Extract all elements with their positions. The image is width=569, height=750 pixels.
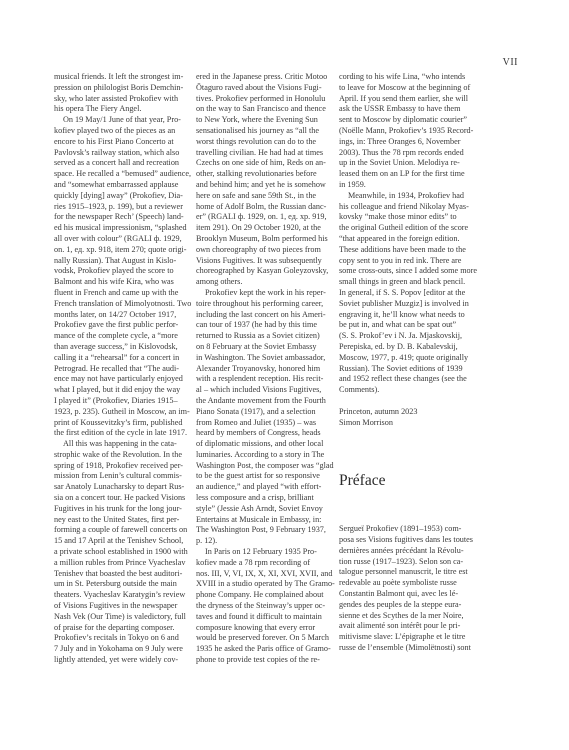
text-line: luminaries. According to a story in The [196,450,336,461]
text-line: of praise for the departing composer. [54,623,194,634]
text-line: phone Company. He complained about [196,590,336,601]
text-line: including the last concert on his Ameri- [196,310,336,321]
text-line: ings, in: Three Oranges 6, November [339,137,481,148]
text-line: musical friends. It left the strongest i… [54,72,194,83]
text-line: a million rubles from Prince Vyacheslav [54,558,194,569]
text-column-left: musical friends. It left the strongest i… [54,72,194,666]
text-line: theaters. Vyacheslav Karatygin’s review [54,590,194,601]
text-line: than average success,” in Kislovodsk, [54,342,194,353]
text-line: copy sent to you in red ink. There are [339,256,481,267]
text-line: space. He recalled a “bemused” audience, [54,169,194,180]
text-line: encore to his First Piano Concerto at [54,137,194,148]
text-line: taves and found it difficult to maintain [196,612,336,623]
text-line: vodsk, Prokofiev played the score to [54,266,194,277]
spacer [339,396,481,407]
text-line: gendes des peuples de la steppe eura- [339,600,481,611]
text-line: strophic wake of the Revolution. In the [54,450,194,461]
text-line: Prokofiev’s recitals in Tokyo on 6 and [54,633,194,644]
text-line: 1935 he asked the Paris office of Gramo- [196,644,336,655]
text-line: p. 12). [196,536,336,547]
text-line: of Visions Fugitives in the newspaper [54,601,194,612]
text-line: forming a couple of farewell concerts on [54,525,194,536]
text-line: print of Koussevitzky’s firm, published [54,418,194,429]
text-line: toire throughout his performing career, [196,299,336,310]
text-line: April. If you send them earlier, she wil… [339,94,481,105]
text-line: to leave for Moscow at the beginning of [339,83,481,94]
text-line: mance of the complete cycle, a “more [54,331,194,342]
text-line: travelling civilian. He had had at times [196,148,336,159]
text-line: mitivisme slave: L’épigraphe et le titre [339,632,481,643]
text-line: Petrograd. He recalled that “The audi- [54,364,194,375]
text-line: The Washington Post, 9 February 1937, [196,525,336,536]
text-line: the first edition of the cycle in late 1… [54,428,194,439]
text-line: for the newspaper Rech’ (Speech) land- [54,212,194,223]
text-column-middle: ered in the Japanese press. Critic Motoo… [196,72,336,666]
text-line: returned to Russia as a Soviet citizen) [196,331,336,342]
text-line: the original Gutheil edition of the scor… [339,223,481,234]
text-line: Constantin Balmont qui, avec les lé- [339,589,481,600]
text-line: Russian). The Soviet editions of 1939 [339,364,481,375]
text-line: al – which included Visions Fugitives, [196,385,336,396]
text-line: spring of 1918, Prokofiev received per- [54,461,194,472]
text-line: among others. [196,277,336,288]
text-line: sent to Moscow by diplomatic courier” [339,115,481,126]
text-line: Washington Post, the composer was “glad [196,461,336,472]
text-line: um in St. Petersburg outside the main [54,579,194,590]
text-line: sienne et des Scythes de la mer Noire, [339,611,481,622]
text-line: on 8 February at the Soviet Embassy [196,342,336,353]
text-line: Czechs on one side of him, Reds on an- [196,158,336,169]
text-line: Fugitives in his trunk for the long jour… [54,504,194,515]
text-line: Comments). [339,385,481,396]
text-line: fluent in French and came up with the [54,288,194,299]
text-line: ed his musical impressionism, “splashed [54,223,194,234]
text-line: other, stalking revolutionaries before [196,169,336,180]
text-line: Prokofiev kept the work in his reper- [196,288,336,299]
text-line: kofiev made a 78 rpm recording of [196,558,336,569]
text-line: his colleague and friend Nikolay Myas- [339,202,481,213]
text-line: mission from Lenin’s cultural commis- [54,471,194,482]
text-line: Soviet publisher Muzgiz] is involved in [339,299,481,310]
text-line: sar Anatoly Lunacharsky to depart Rus- [54,482,194,493]
text-line: worst things revolution can do to the [196,137,336,148]
text-line: dernières années précédant la Révolu- [339,546,481,557]
text-line: lightly attended, yet were widely cov- [54,655,194,666]
spacer [339,428,481,472]
text-line: Sergueï Prokofiev (1891–1953) com- [339,524,481,535]
text-line: tives. Prokofiev performed in Honolulu [196,94,336,105]
text-line: kofiev played two of the pieces as an [54,126,194,137]
text-line: kovsky “make those minor edits” to [339,212,481,223]
text-line: posa ses Visions fugitives dans les tout… [339,535,481,546]
text-line: “that appeared in the foreign edition. [339,234,481,245]
text-line: served as a concert hall and recreation [54,158,194,169]
text-line: 7 July and in Yokohama on 9 July were [54,644,194,655]
text-line: Alexander Troyanovsky, honored him [196,364,336,375]
text-line: XVIII in a studio operated by The Gramo- [196,579,336,590]
text-line: tion russe (1917–1923). Selon son ca- [339,557,481,568]
text-line: what I played, but it did enjoy the way [54,385,194,396]
text-line: cording to his wife Lina, “who intends [339,72,481,83]
text-line: redevable au poète symboliste russe [339,578,481,589]
text-line: less composure and a crisp, brilliant [196,493,336,504]
text-line: phone to provide test copies of the re- [196,655,336,666]
text-line: ney east to the United States, first per… [54,515,194,526]
text-line: On 19 May/1 June of that year, Pro- [54,115,194,126]
text-line: calling it a “rehearsal” for a concert i… [54,353,194,364]
text-line: would be preserved forever. On 5 March [196,633,336,644]
text-line: of diplomatic missions, and other local [196,439,336,450]
text-line: In Paris on 12 February 1935 Pro- [196,547,336,558]
text-line: months later, on 14/27 October 1917, [54,310,194,321]
text-line: ered in the Japanese press. Critic Motoo [196,72,336,83]
section-heading-preface: Préface [339,472,481,490]
text-line: nally Russian). That August in Kislo- [54,256,194,267]
text-line: sensationalised his journey as “all the [196,126,336,137]
text-line: French translation of Mimolyotnosti. Two [54,299,194,310]
text-line: item 291). On 29 October 1920, at the [196,223,336,234]
text-line: I played it” (Prokofiev, Diaries 1915– [54,396,194,407]
text-line: small things in green and black pencil. [339,277,481,288]
text-line: in Washington. The Soviet ambassador, [196,353,336,364]
text-line: 1923, p. 235). Gutheil in Moscow, an im- [54,407,194,418]
text-line: sia on a concert tour. He packed Visions [54,493,194,504]
text-line: all over with colour” (RGALI ф. 1929, [54,234,194,245]
text-line: and “somewhat embarrassed applause [54,180,194,191]
text-line: Tenishev that boasted the best auditori- [54,569,194,580]
text-line: These additions have been made to the [339,245,481,256]
text-line: Nash Vek (Our Time) is valedictory, full [54,612,194,623]
text-line: here on safe and sane 59th St., in the [196,191,336,202]
text-line: er” (RGALI ф. 1929, on. 1, ед. хр. 919, [196,212,336,223]
text-line: 15 and 17 April at the Tenishev School, [54,536,194,547]
text-line: quickly [dying] away” (Prokofiev, Dia- [54,191,194,202]
text-line: can tour of 1937 (he had by this time [196,320,336,331]
text-line: and behind him; and yet he is somehow [196,180,336,191]
text-line: Visions Fugitives. It was subsequently [196,256,336,267]
text-line: nos. III, V, VI, IX, X, XI, XVI, XVII, a… [196,569,336,580]
text-line: on the way to San Francisco and thence [196,104,336,115]
text-line: 2003). Thus the 78 rpm records ended [339,148,481,159]
text-line: Brooklyn Museum, Bolm performed his [196,234,336,245]
text-line: avait alimenté son intérêt pour le pri- [339,621,481,632]
text-line: ask the USSR Embassy to have them [339,104,481,115]
text-line: choreographed by Kasyan Goleyzovsky, [196,266,336,277]
text-line: his opera The Fiery Angel. [54,104,194,115]
text-line: All this was happening in the cata- [54,439,194,450]
text-line: be put in, and what can be spat out” [339,320,481,331]
text-line: russe de l’ensemble (Mimolëtnosti) sont [339,643,481,654]
text-line: talogue personnel manuscrit, le titre es… [339,567,481,578]
text-line: with a resplendent reception. His recit- [196,374,336,385]
text-line: the Andante movement from the Fourth [196,396,336,407]
text-line: ries 1915–1923, p. 199), but a reviewer [54,202,194,213]
text-line: heard by members of Congress, heads [196,428,336,439]
text-line: own choreography of two pieces from [196,245,336,256]
text-line: in 1959. [339,180,481,191]
text-line: engraving it, he’ll know what needs to [339,310,481,321]
text-line: Moscow, 1977, p. 419; quote originally [339,353,481,364]
text-line: on. 1, ед. хр. 918, item 270; quote orig… [54,245,194,256]
text-line: to New York, where the Evening Sun [196,115,336,126]
text-column-right: cording to his wife Lina, “who intends t… [339,72,481,654]
text-line: Meanwhile, in 1934, Prokofiev had [339,191,481,202]
text-line: Perepiska, ed. by D. B. Kabalevskij, [339,342,481,353]
text-line: from Romeo and Juliet (1935) – was [196,418,336,429]
text-line: leased them on an LP for the first time [339,169,481,180]
text-line: Ōtaguro raved about the Visions Fugi- [196,83,336,94]
text-line: ence may not have particularly enjoyed [54,374,194,385]
page-number: VII [503,57,518,68]
text-line: (Noëlle Mann, Prokofiev’s 1935 Record- [339,126,481,137]
text-line: up in the Soviet Union. Melodiya re- [339,158,481,169]
text-line: pression on philologist Boris Demchin- [54,83,194,94]
text-line: (S. S. Prokof’ev i N. Ja. Mjaskovskij, [339,331,481,342]
text-line: some cross-outs, since I added some more [339,266,481,277]
text-line: Prokofiev gave the first public perfor- [54,320,194,331]
text-line: an audience,” and played “with effort- [196,482,336,493]
text-line: and 1952 reflect these changes (see the [339,374,481,385]
text-line: style” (Jessie Ash Arndt, Soviet Envoy [196,504,336,515]
text-line: sky, who later assisted Prokofiev with [54,94,194,105]
signoff-place-date: Princeton, autumn 2023 [339,407,481,418]
text-line: home of Adolf Bolm, the Russian danc- [196,202,336,213]
text-line: Balmont and his wife Kira, who was [54,277,194,288]
text-line: composure knowing that every error [196,623,336,634]
text-line: Entertains at Musicale in Embassy, in: [196,515,336,526]
text-line: Piano Sonata (1917), and a selection [196,407,336,418]
text-line: In general, if S. S. Popov [editor at th… [339,288,481,299]
text-line: Pavlovsk’s railway station, which also [54,148,194,159]
text-line: a private school established in 1900 wit… [54,547,194,558]
text-line: the dryness of the Steinway’s upper oc- [196,601,336,612]
signoff-author: Simon Morrison [339,418,481,429]
spacer [339,490,481,524]
text-line: to be the guest artist for so responsive [196,471,336,482]
